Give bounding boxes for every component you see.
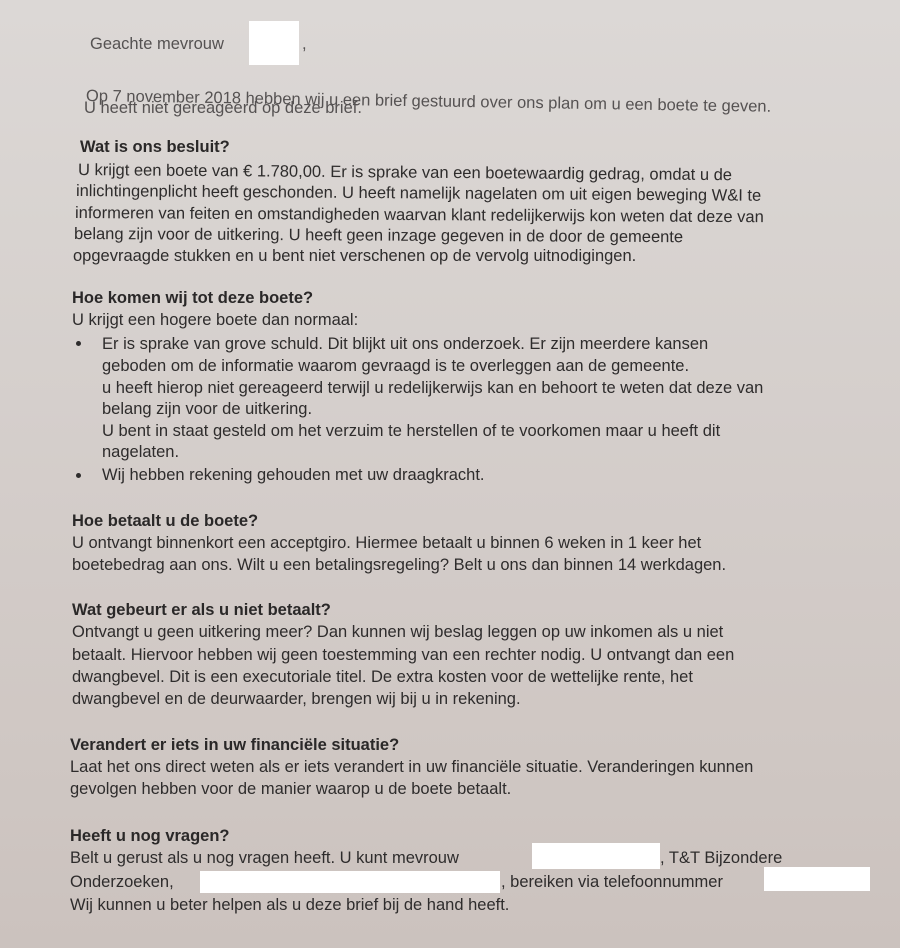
betalen-line-2: boetebedrag aan ons. Wilt u een betaling… — [72, 555, 726, 576]
bullet-1-line-4: belang zijn voor de uitkering. — [102, 399, 312, 420]
bullet-1-line-6: nagelaten. — [102, 442, 179, 463]
letter-page: Geachte mevrouw , Op 7 november 2018 heb… — [0, 0, 900, 948]
niet-betalen-line-1: Ontvangt u geen uitkering meer? Dan kunn… — [72, 622, 723, 643]
heading-vragen: Heeft u nog vragen? — [70, 826, 230, 847]
niet-betalen-line-4: dwangbevel en de deurwaarder, brengen wi… — [72, 689, 521, 710]
niet-betalen-line-3: dwangbevel. Dit is een executoriale tite… — [72, 667, 693, 688]
situatie-line-1: Laat het ons direct weten als er iets ve… — [70, 757, 753, 778]
niet-betalen-line-2: betaalt. Hiervoor hebben wij geen toeste… — [72, 645, 734, 666]
salutation-text: Geachte mevrouw — [90, 35, 224, 53]
intro-line-2: U heeft niet gereageerd op deze brief. — [84, 98, 362, 119]
heading-betalen: Hoe betaalt u de boete? — [72, 511, 258, 532]
besluit-line-4: belang zijn voor de uitkering. U heeft g… — [74, 224, 683, 248]
redacted-name — [249, 21, 299, 65]
heading-situatie: Verandert er iets in uw financiële situa… — [70, 735, 399, 756]
vragen-line-2b: , bereiken via telefoonnummer — [501, 872, 723, 893]
heading-hoe-komen: Hoe komen wij tot deze boete? — [72, 288, 313, 309]
vragen-line-2a: Onderzoeken, — [70, 872, 174, 893]
betalen-line-1: U ontvangt binnenkort een acceptgiro. Hi… — [72, 533, 701, 554]
heading-besluit: Wat is ons besluit? — [80, 137, 230, 158]
bullet-2-line-1: Wij hebben rekening gehouden met uw draa… — [102, 465, 485, 486]
hoe-komen-intro: U krijgt een hogere boete dan normaal: — [72, 310, 358, 331]
vragen-line-1a: Belt u gerust als u nog vragen heeft. U … — [70, 848, 459, 869]
salutation-comma: , — [302, 34, 307, 55]
redacted-department — [200, 871, 500, 893]
bullet-1-line-2: geboden om de informatie waarom gevraagd… — [102, 356, 689, 377]
bullet-1-line-5: U bent in staat gesteld om het verzuim t… — [102, 421, 720, 442]
besluit-line-5: opgevraagde stukken en u bent niet versc… — [73, 246, 636, 267]
bullet-icon — [76, 341, 81, 346]
redacted-phone-number — [764, 867, 870, 891]
redacted-contact-name — [532, 843, 660, 869]
vragen-line-1b: , T&T Bijzondere — [660, 848, 782, 869]
vragen-line-3: Wij kunnen u beter helpen als u deze bri… — [70, 895, 509, 916]
bullet-1-line-3: u heeft hierop niet gereageerd terwijl u… — [102, 378, 763, 399]
bullet-1-line-1: Er is sprake van grove schuld. Dit blijk… — [102, 334, 708, 355]
situatie-line-2: gevolgen hebben voor de manier waarop u … — [70, 779, 511, 800]
heading-niet-betalen: Wat gebeurt er als u niet betaalt? — [72, 600, 331, 621]
bullet-icon — [76, 473, 81, 478]
salutation: Geachte mevrouw — [90, 34, 224, 55]
